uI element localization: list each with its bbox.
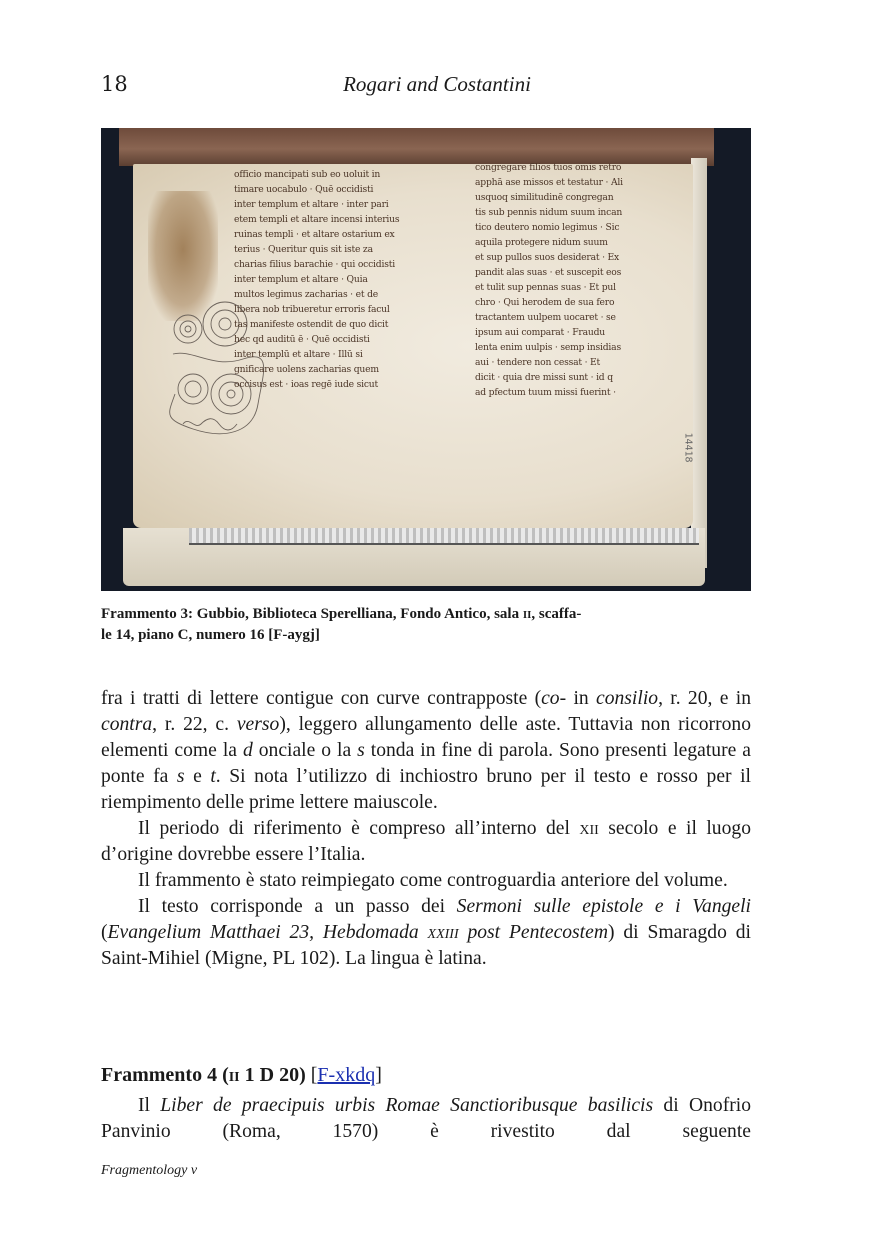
paragraph: Il periodo di riferimento è compreso all… xyxy=(101,816,751,868)
book-cover-board xyxy=(119,128,714,166)
manuscript-right-column: congregare filios tuos omis retro apphā … xyxy=(475,160,623,400)
fragment-link[interactable]: F-xkdq xyxy=(317,1064,375,1086)
manuscript-photo: officio mancipati sub eo uoluit in timar… xyxy=(101,128,751,591)
book-page-edges xyxy=(691,158,707,568)
journal-footer: Fragmentology v xyxy=(101,1163,197,1179)
printed-ornamental-border xyxy=(189,528,699,545)
manuscript-left-column: officio mancipati sub eo uoluit in timar… xyxy=(234,167,399,392)
shelfmark-stamp: 14418 xyxy=(683,432,694,462)
section-paragraph: Il Liber de praecipuis urbis Romae Sanct… xyxy=(101,1093,751,1145)
running-head: Rogari and Costantini xyxy=(0,72,874,97)
parchment-fragment: officio mancipati sub eo uoluit in timar… xyxy=(133,164,693,528)
body-text: fra i tratti di lettere contigue con cur… xyxy=(101,686,751,972)
paragraph: Il testo corrisponde a un passo dei Serm… xyxy=(101,894,751,972)
figure-caption: Frammento 3: Gubbio, Biblioteca Sperelli… xyxy=(101,604,751,646)
section-heading: Frammento 4 (II 1 D 20) [F-xkdq] xyxy=(101,1064,382,1087)
paragraph: Il frammento è stato reimpiegato come co… xyxy=(101,868,751,894)
paragraph: fra i tratti di lettere contigue con cur… xyxy=(101,686,751,816)
